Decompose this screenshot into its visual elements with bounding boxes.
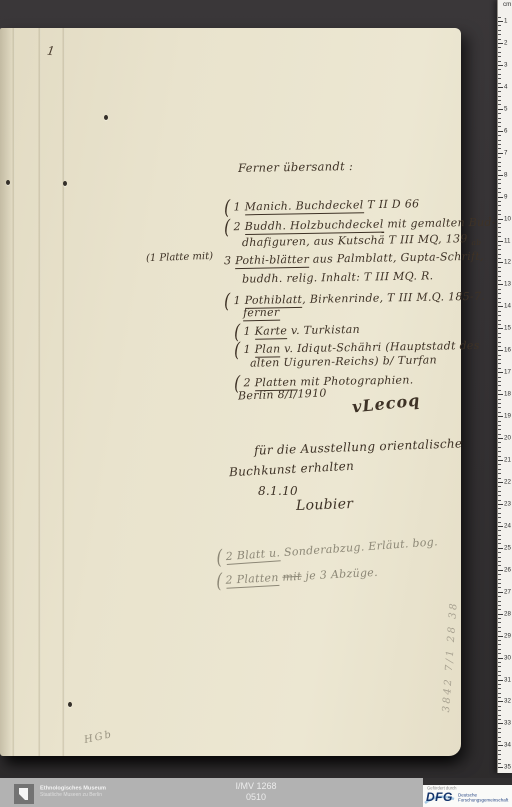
ruler-tick [498, 394, 503, 395]
ruler-number: 2 [504, 40, 507, 47]
ruler-tick [498, 236, 501, 237]
ruler-number: 30 [504, 654, 511, 661]
ruler-tick [498, 25, 501, 26]
ruler-tick [498, 421, 501, 422]
ruler-number: 11 [504, 237, 510, 244]
ruler-tick [498, 359, 501, 360]
ruler-tick [498, 759, 501, 760]
ruler-tick [498, 118, 501, 119]
ruler-tick [498, 741, 501, 742]
ruler-tick [498, 135, 501, 136]
ruler-tick [498, 745, 503, 746]
ruler-tick [498, 43, 503, 44]
ruler-number: 9 [504, 193, 507, 200]
ruler-tick [498, 302, 501, 303]
ruler-tick [498, 425, 501, 426]
ruler-tick [498, 276, 501, 277]
ruler-tick [498, 763, 501, 764]
ruler-tick [498, 675, 501, 676]
ruler-tick [498, 333, 501, 334]
ruler-tick [498, 69, 501, 70]
ruler-tick [498, 403, 501, 404]
ruler-tick [498, 74, 501, 75]
ruler-tick [498, 693, 501, 694]
ruler-tick [498, 464, 501, 465]
ruler-tick [498, 680, 503, 681]
ruler-tick [498, 148, 501, 149]
ruler-tick [498, 372, 503, 373]
ruler-tick [498, 262, 503, 263]
ruler-tick [498, 289, 501, 290]
ruler-tick [498, 162, 501, 163]
ruler-number: 33 [504, 720, 511, 727]
ruler-tick [498, 131, 503, 132]
ruler-number: 32 [504, 698, 511, 705]
ruler-tick [498, 232, 501, 233]
ruler-tick [498, 723, 503, 724]
paper-fold-line [62, 28, 65, 756]
ruler-tick [498, 688, 501, 689]
ruler-tick [498, 737, 501, 738]
ruler-number: 27 [504, 588, 511, 595]
ruler-tick [498, 30, 501, 31]
ruler-tick [498, 390, 501, 391]
ruler-number: 12 [504, 259, 511, 266]
ruler-number: 7 [504, 149, 507, 156]
ruler-tick [498, 126, 501, 127]
ruler-tick [498, 658, 503, 659]
ruler-tick [498, 535, 501, 536]
ruler-tick [498, 508, 501, 509]
ruler-tick [498, 381, 501, 382]
ruler-tick [498, 337, 501, 338]
ruler-number: 3 [504, 61, 507, 68]
ruler-tick [498, 324, 501, 325]
ruler-tick [498, 671, 501, 672]
ruler-number: 13 [504, 281, 511, 288]
ruler-tick [498, 434, 501, 435]
ruler-number: 10 [504, 215, 511, 222]
ruler-tick [498, 416, 503, 417]
ruler-tick [498, 355, 501, 356]
ruler-tick [498, 280, 501, 281]
ruler-tick [498, 482, 503, 483]
ruler-tick [498, 587, 501, 588]
ruler-tick [498, 350, 503, 351]
ruler-tick [498, 61, 501, 62]
ruler-tick [498, 56, 501, 57]
ruler-tick [498, 456, 501, 457]
ruler-tick [498, 574, 501, 575]
ruler-tick [498, 447, 501, 448]
ruler-tick [498, 100, 501, 101]
ruler-tick [498, 636, 503, 637]
ruler-tick [498, 21, 503, 22]
ruler-number: 22 [504, 479, 511, 486]
ruler-tick [498, 320, 501, 321]
ruler-number: 8 [504, 171, 507, 178]
ruler-tick [498, 109, 503, 110]
ruler-tick [498, 306, 503, 307]
ruler-tick [498, 78, 501, 79]
ruler-number: 19 [504, 413, 511, 420]
ruler-tick [498, 517, 501, 518]
ruler-tick [498, 166, 501, 167]
ruler-tick [498, 83, 501, 84]
ruler-number: 25 [504, 544, 511, 551]
ruler-tick [498, 767, 503, 768]
ruler-tick [498, 39, 501, 40]
dfg-funding-box: Gefördert durch DFG Deutsche Forschungsg… [423, 785, 512, 807]
ruler-tick [498, 504, 503, 505]
ruler-tick [498, 666, 501, 667]
manuscript-page [0, 28, 461, 756]
ruler-tick [498, 732, 501, 733]
ruler-tick [498, 328, 503, 329]
ruler-tick [498, 175, 503, 176]
ruler-tick [498, 710, 501, 711]
ruler-tick [498, 601, 501, 602]
ruler-tick [498, 96, 501, 97]
ruler-tick [498, 754, 501, 755]
ruler-tick [498, 469, 501, 470]
ruler-tick [498, 565, 501, 566]
ruler-tick [498, 368, 501, 369]
ruler-tick [498, 618, 501, 619]
ruler-tick [498, 157, 501, 158]
ruler-tick [498, 104, 501, 105]
ruler-tick [498, 653, 501, 654]
ruler-tick [498, 254, 501, 255]
ruler-tick [498, 662, 501, 663]
ruler-number: 6 [504, 127, 507, 134]
ruler-number: 24 [504, 522, 511, 529]
ruler-tick [498, 495, 501, 496]
ruler-tick [498, 17, 501, 18]
ruler-tick [498, 144, 501, 145]
ruler-tick [498, 451, 501, 452]
ruler-tick [498, 579, 501, 580]
ruler-tick [498, 491, 501, 492]
ruler-tick [498, 513, 501, 514]
ruler-tick [498, 407, 501, 408]
ruler-tick [498, 478, 501, 479]
paper-fold-line [38, 28, 41, 756]
ruler-tick [498, 631, 501, 632]
ruler-number: 23 [504, 500, 511, 507]
ruler-tick [498, 214, 501, 215]
ruler-tick [498, 596, 501, 597]
ruler-tick [498, 622, 501, 623]
ruler-tick [498, 706, 501, 707]
ruler-tick [498, 267, 501, 268]
ruler-tick [498, 140, 501, 141]
ruler-tick [498, 385, 501, 386]
ruler-tick [498, 315, 501, 316]
ruler-number: 15 [504, 325, 511, 332]
ruler-tick [498, 438, 503, 439]
ruler-number: 21 [504, 457, 511, 464]
ruler-number: 17 [504, 369, 511, 376]
ruler-number: 34 [504, 742, 511, 749]
ruler-tick [498, 614, 503, 615]
ruler-tick [498, 342, 501, 343]
ruler-tick [498, 429, 501, 430]
ruler-tick [498, 592, 503, 593]
ruler-tick [498, 298, 501, 299]
ruler-tick [498, 179, 501, 180]
ruler-tick [498, 197, 503, 198]
ruler-tick [498, 412, 501, 413]
ruler-tick [498, 640, 501, 641]
ruler-tick [498, 526, 503, 527]
ruler-tick [498, 500, 501, 501]
ruler-tick [498, 183, 501, 184]
ruler-tick [498, 122, 501, 123]
ruler-tick [498, 728, 501, 729]
ruler-tick [498, 188, 501, 189]
ruler-tick [498, 271, 501, 272]
ruler-tick [498, 34, 501, 35]
ruler-tick [498, 719, 501, 720]
dfg-full-name: Deutsche Forschungsgemeinschaft [458, 793, 508, 803]
footer-bar: Ethnologisches Museum Staatliche Museen … [0, 778, 512, 807]
ruler-tick [498, 649, 501, 650]
ruler-tick [498, 539, 501, 540]
footer-dark-gap [423, 778, 512, 785]
ruler-tick [498, 627, 501, 628]
ruler-tick [498, 192, 501, 193]
ruler-tick [498, 249, 501, 250]
ruler-tick [498, 284, 503, 285]
ruler-number: 14 [504, 303, 511, 310]
ruler-number: 18 [504, 391, 511, 398]
ruler-tick [498, 346, 501, 347]
ruler-tick [498, 605, 501, 606]
ruler-tick [498, 522, 501, 523]
scan-viewport: Ferner übersandt :(1 Manich. Buchdeckel … [0, 0, 512, 807]
ruler-tick [498, 399, 501, 400]
ruler-tick [498, 311, 501, 312]
ruler-number: 29 [504, 632, 511, 639]
ruler-tick [498, 153, 503, 154]
ruler-number: 28 [504, 610, 511, 617]
dfg-abbr: DFG [426, 790, 453, 804]
ruler-number: 31 [504, 676, 511, 683]
ruler-tick [498, 87, 503, 88]
ruler-tick [498, 377, 501, 378]
ruler-tick [498, 227, 501, 228]
ruler-tick [498, 486, 501, 487]
ruler-tick [498, 258, 501, 259]
ruler-number: 16 [504, 347, 511, 354]
ruler-tick [498, 543, 501, 544]
ruler-number: 4 [504, 83, 507, 90]
ruler-tick [498, 65, 503, 66]
ruler-tick [498, 293, 501, 294]
ruler-unit-label: cm [503, 1, 511, 8]
ruler-tick [498, 201, 501, 202]
ruler-tick [498, 205, 501, 206]
ruler-tick [498, 219, 503, 220]
ruler-tick [498, 52, 501, 53]
ruler-tick [498, 644, 501, 645]
ruler-tick [498, 684, 501, 685]
ruler-number: 26 [504, 566, 511, 573]
ruler-tick [498, 442, 501, 443]
ruler-tick [498, 548, 503, 549]
ruler-tick [498, 473, 501, 474]
ruler-tick [498, 530, 501, 531]
ruler-tick [498, 210, 501, 211]
ruler-tick [498, 570, 503, 571]
ruler-tick [498, 697, 501, 698]
ruler-tick [498, 170, 501, 171]
ruler-tick [498, 241, 503, 242]
ruler-number: 35 [504, 764, 511, 771]
dfg-name-line2: Forschungsgemeinschaft [458, 798, 508, 803]
ruler-tick [498, 245, 501, 246]
ruler-tick [498, 113, 501, 114]
paper-fold-line [12, 28, 15, 756]
ruler-tick [498, 363, 501, 364]
margin-note: (1 Platte mit) [146, 251, 213, 264]
ruler-tick [498, 557, 501, 558]
ruler-tick [498, 223, 501, 224]
ruler-tick [498, 91, 501, 92]
ruler-tick [498, 552, 501, 553]
ruler-tick [498, 561, 501, 562]
ruler-tick [498, 715, 501, 716]
ruler-tick [498, 701, 503, 702]
ruler-tick [498, 460, 503, 461]
ruler-tick [498, 609, 501, 610]
ruler-tick [498, 583, 501, 584]
ruler-tick [498, 750, 501, 751]
ruler-number: 5 [504, 105, 507, 112]
ruler-number: 1 [504, 18, 507, 25]
ruler-number: 20 [504, 435, 511, 442]
ruler-tick [498, 47, 501, 48]
measuring-ruler: cm 1234567891011121314151617181920212223… [497, 0, 512, 773]
